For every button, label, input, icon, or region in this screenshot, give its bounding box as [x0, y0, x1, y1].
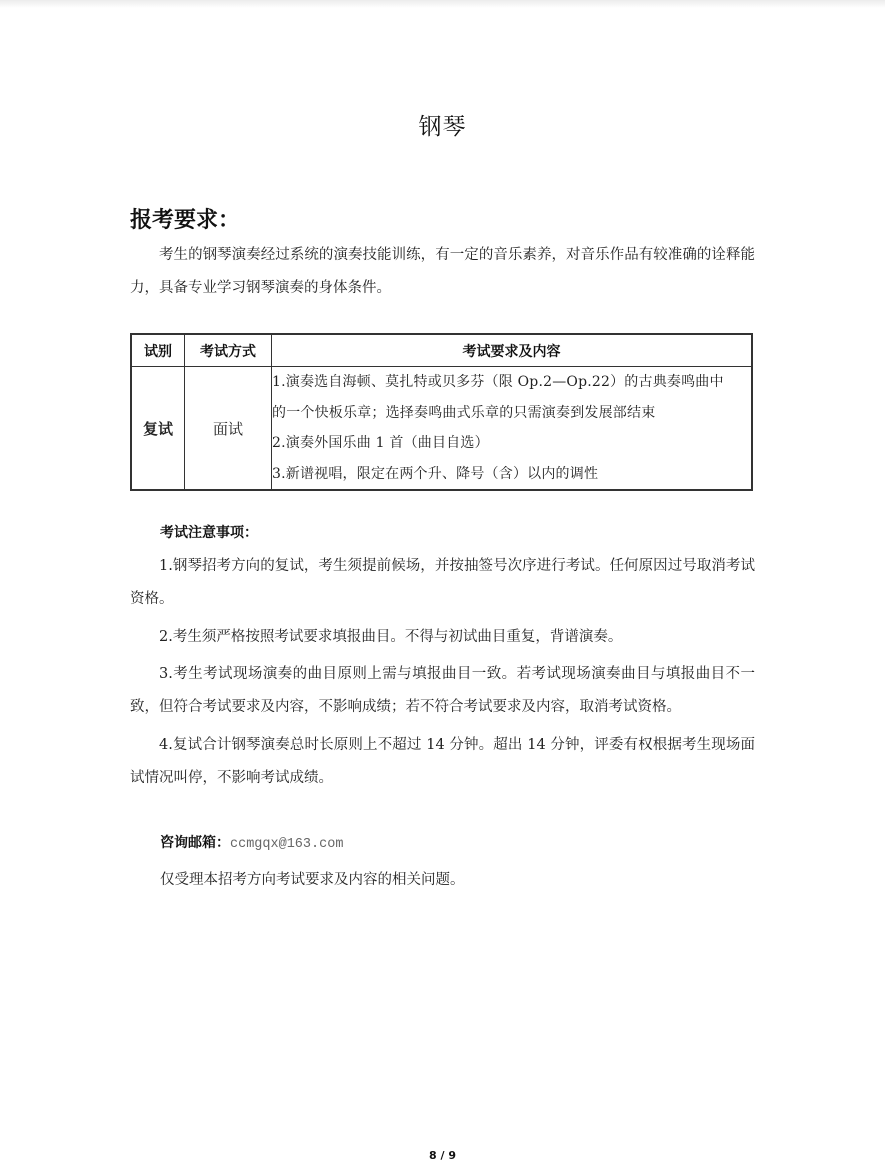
header-exam-method: 考试方式: [185, 334, 272, 367]
note-item-3: 3.考生考试现场演奏的曲目原则上需与填报曲目一致。若考试现场演奏曲目与填报曲目不…: [130, 658, 755, 724]
note-item-2: 2.考生须严格按照考试要求填报曲目。不得与初试曲目重复，背谱演奏。: [130, 621, 755, 654]
note-item-1: 1.钢琴招考方向的复试，考生须提前候场，并按抽签号次序进行考试。任何原因过号取消…: [130, 550, 755, 616]
requirement-line: 的一个快板乐章；选择奏鸣曲式乐章的只需演奏到发展部结束: [272, 398, 751, 429]
viewer-top-shadow: [0, 0, 885, 8]
intro-paragraph: 考生的钢琴演奏经过系统的演奏技能训练，有一定的音乐素养，对音乐作品有较准确的诠释…: [130, 239, 755, 305]
table-row: 复试 面试 1.演奏选自海顿、莫扎特或贝多芬（限 Op.2—Op.22）的古典奏…: [131, 367, 752, 491]
notes-heading: 考试注意事项：: [160, 522, 258, 542]
section-heading-requirements: 报考要求：: [130, 203, 240, 234]
contact-label: 咨询邮箱：: [160, 835, 230, 851]
contact-line: 咨询邮箱：ccmgqx@163.com: [160, 832, 343, 852]
note-item-4: 4.复试合计钢琴演奏总时长原则上不超过 14 分钟。超出 14 分钟，评委有权根…: [130, 729, 755, 795]
requirement-line: 3.新谱视唱，限定在两个升、降号（含）以内的调性: [272, 459, 751, 490]
header-exam-type: 试别: [131, 334, 185, 367]
requirement-line: 2.演奏外国乐曲 1 首（曲目自选）: [272, 428, 751, 459]
table-header-row: 试别 考试方式 考试要求及内容: [131, 334, 752, 367]
page-title: 钢琴: [0, 108, 885, 141]
requirement-line: 1.演奏选自海顿、莫扎特或贝多芬（限 Op.2—Op.22）的古典奏鸣曲中: [272, 367, 751, 398]
cell-exam-method: 面试: [185, 367, 272, 491]
contact-email-link[interactable]: ccmgqx@163.com: [230, 837, 343, 852]
cell-exam-type: 复试: [131, 367, 185, 491]
page-number: 8 / 9: [0, 1149, 885, 1162]
header-exam-content: 考试要求及内容: [272, 334, 753, 367]
exam-requirements-table: 试别 考试方式 考试要求及内容 复试 面试 1.演奏选自海顿、莫扎特或贝多芬（限…: [130, 333, 753, 491]
contact-note: 仅受理本招考方向考试要求及内容的相关问题。: [160, 868, 465, 889]
cell-exam-content: 1.演奏选自海顿、莫扎特或贝多芬（限 Op.2—Op.22）的古典奏鸣曲中 的一…: [272, 367, 753, 491]
